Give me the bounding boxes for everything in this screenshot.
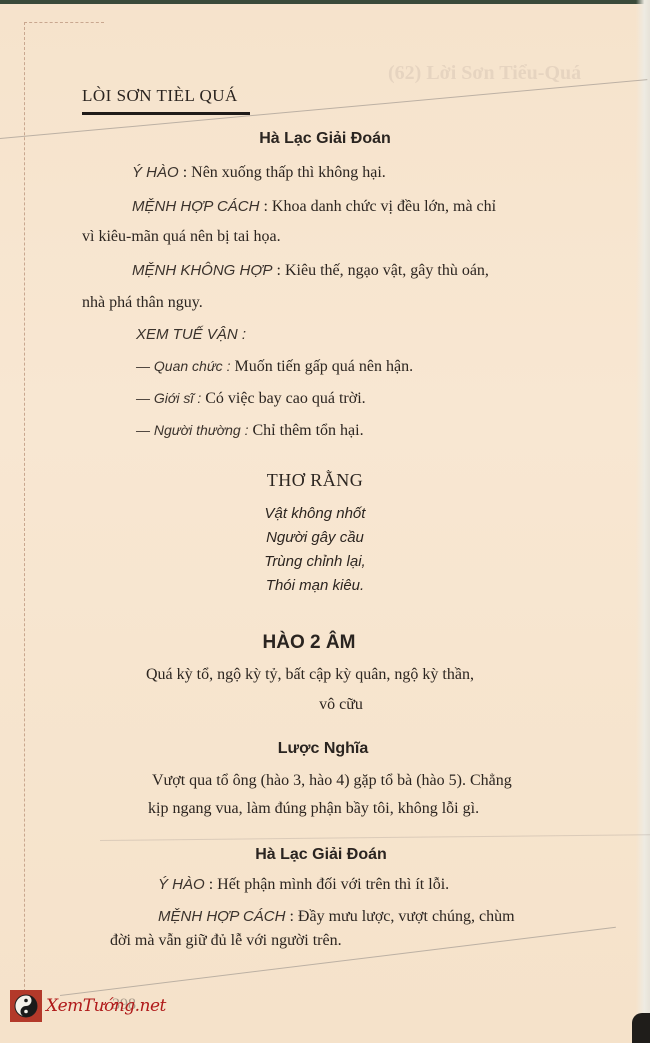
menh-hop-cach-continuation: vì kiêu-mãn quá nên bị tai họa. xyxy=(82,228,281,246)
bleed-through-text: (62) Lời Sơn Tiểu-Quá xyxy=(388,62,581,85)
colon: : xyxy=(273,262,285,279)
tue-van-item-label: — Người thường : xyxy=(136,422,249,438)
menh-hop-cach-text: Đầy mưu lược, vượt chúng, chùm xyxy=(298,908,515,925)
watermark-text: XemTướng.net xyxy=(46,996,166,1016)
menh-hop-cach-label: MỆNH HỢP CÁCH xyxy=(158,908,285,925)
poem-line: Trùng chỉnh lại, xyxy=(0,550,650,574)
hao-quote-line: Quá kỳ tổ, ngộ kỳ tỷ, bất cập kỳ quân, n… xyxy=(146,666,474,684)
hao-quote-continuation: vô cữu xyxy=(16,696,650,714)
menh-hop-cach-line: MỆNH HỢP CÁCH : Khoa danh chức vị đều lớ… xyxy=(132,198,496,216)
scan-top-edge xyxy=(0,0,650,4)
poem-line: Thói mạn kiêu. xyxy=(0,574,650,598)
menh-hop-cach-label: MỆNH HỢP CÁCH xyxy=(132,198,259,215)
hao-heading: HÀO 2 ÂM xyxy=(0,632,634,654)
running-head: LÒI SƠN TIÈL QUÁ xyxy=(82,86,238,106)
luoc-nghia-continuation: kịp ngang vua, làm đúng phận bầy tôi, kh… xyxy=(148,800,479,818)
poem-line: Người gây cầu xyxy=(0,526,650,550)
luoc-nghia-heading: Lược Nghĩa xyxy=(0,740,648,758)
luoc-nghia-line: Vượt qua tổ ông (hào 3, hào 4) gặp tổ bà… xyxy=(152,772,512,790)
watermark-logo[interactable]: XemTướng.net xyxy=(10,990,166,1022)
colon: : xyxy=(259,198,271,215)
y-hao-text: Nên xuống thấp thì không hại. xyxy=(191,164,386,181)
running-head-rule xyxy=(82,112,250,115)
tue-van-item-label: — Quan chức : xyxy=(136,358,230,374)
y-hao-text: Hết phận mình đối với trên thì ít lỗi. xyxy=(217,876,449,893)
menh-hop-cach-continuation: đời mà vẫn giữ đủ lễ với người trên. xyxy=(110,932,342,950)
poem-verse: Vật không nhốt Người gây cầu Trùng chỉnh… xyxy=(0,502,650,598)
poem-heading: THƠ RẰNG xyxy=(0,470,640,491)
tue-van-item: — Quan chức : Muốn tiến gấp quá nên hận. xyxy=(136,358,413,376)
colon: : xyxy=(285,908,297,925)
colon: : xyxy=(205,876,217,893)
menh-khong-hop-label: MỆNH KHÔNG HỢP xyxy=(132,262,273,279)
tue-van-item-text: Có việc bay cao quá trời. xyxy=(205,390,365,407)
section-heading: Hà Lạc Giải Đoán xyxy=(0,846,646,864)
y-hao-line: Ý HÀO : Nên xuống thấp thì không hại. xyxy=(132,164,386,182)
tue-van-item: — Người thường : Chỉ thêm tổn hại. xyxy=(136,422,364,440)
menh-khong-hop-text: Kiêu thế, ngạo vật, gây thù oán, xyxy=(285,262,489,279)
menh-hop-cach-line: MỆNH HỢP CÁCH : Đầy mưu lược, vượt chúng… xyxy=(158,908,515,926)
xem-tue-van-heading: XEM TUẾ VẬN : xyxy=(136,326,246,343)
tue-van-item-text: Muốn tiến gấp quá nên hận. xyxy=(234,358,413,375)
tue-van-item-label: — Giới sĩ : xyxy=(136,390,201,406)
y-hao-label: Ý HÀO xyxy=(158,876,205,893)
poem-line: Vật không nhốt xyxy=(0,502,650,526)
tue-van-item-text: Chỉ thêm tổn hại. xyxy=(253,422,364,439)
yin-yang-icon xyxy=(10,990,42,1022)
tue-van-item: — Giới sĩ : Có việc bay cao quá trời. xyxy=(136,390,366,408)
margin-dashed-line-top xyxy=(24,22,104,24)
menh-khong-hop-continuation: nhà phá thân nguy. xyxy=(82,294,203,312)
xem-tue-van-label: XEM TUẾ VẬN : xyxy=(136,326,246,344)
menh-khong-hop-line: MỆNH KHÔNG HỢP : Kiêu thế, ngạo vật, gây… xyxy=(132,262,489,280)
menh-hop-cach-text: Khoa danh chức vị đều lớn, mà chỉ xyxy=(272,198,496,215)
y-hao-line: Ý HÀO : Hết phận mình đối với trên thì í… xyxy=(158,876,449,894)
colon: : xyxy=(179,164,191,181)
paper-fold-crease xyxy=(100,834,650,841)
section-heading: Hà Lạc Giải Đoán xyxy=(0,130,650,148)
y-hao-label: Ý HÀO xyxy=(132,164,179,181)
scan-corner-shadow xyxy=(632,1013,650,1043)
